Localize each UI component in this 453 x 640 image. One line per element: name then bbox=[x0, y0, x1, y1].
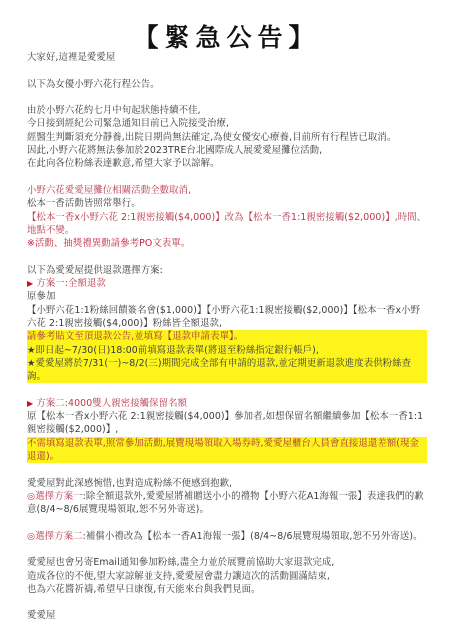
page-title: 【緊急公告】 bbox=[0, 18, 453, 54]
plan-one-highlight: 請參考貼文至頂退款公告,並填寫【退款申請表單】。 ★即日起~7/30(日)18:… bbox=[27, 330, 427, 383]
plan-two-heading: 方案二:4000雙人親密接觸保留名額 bbox=[36, 398, 187, 409]
closing-paragraph: 愛愛屋也會另寄Email通知參加粉絲,盡全力並於展覽前協助大家退款完成, 造成各… bbox=[27, 556, 427, 596]
plan-one-section: ▶ 方案一:全額退款 原參加 【小野六花1:1粉絲回饋簽名會($1,000)】【… bbox=[27, 277, 427, 383]
plans-intro: 以下為愛愛屋提供退款選擇方案: bbox=[27, 264, 427, 277]
intro: 以下為女優小野六花行程公告。 bbox=[27, 78, 427, 91]
option-one-label: ◎選擇方案一 bbox=[27, 491, 83, 502]
schedule-change-paragraph: 小野六花愛愛屋攤位相關活動全數取消, 松本一香活動皆照常舉行。 【松本一香x小野… bbox=[27, 184, 427, 250]
triangle-marker-icon: ▶ bbox=[27, 399, 33, 408]
plan-two-highlight: 不需填寫退款表單,照常參加活動,展覽現場領取入場券時,愛愛屋櫃台人員會直接退還差… bbox=[27, 437, 427, 464]
apology-section: 愛愛屋對此深感惋惜,也對造成粉絲不便感到抱歉, ◎選擇方案一:除全額退款外,愛愛… bbox=[27, 477, 427, 543]
triangle-marker-icon: ▶ bbox=[27, 279, 33, 288]
greeting: 大家好,這裡是愛愛屋 bbox=[27, 51, 427, 64]
announcement-body: 大家好,這裡是愛愛屋 以下為女優小野六花行程公告。 由於小野六花約七月中旬起狀態… bbox=[27, 51, 427, 623]
plan-two-section: ▶ 方案二:4000雙人親密接觸保留名額 原【松本一香x小野六花 2:1親密接觸… bbox=[27, 397, 427, 463]
signature: 愛愛屋 bbox=[27, 609, 427, 622]
plan-one-heading: 方案一:全額退款 bbox=[36, 278, 106, 289]
status-paragraph: 由於小野六花約七月中旬起狀態持續不佳, 今日接到經紀公司緊急通知目前已入院接受治… bbox=[27, 104, 427, 170]
announcement-page: 【緊急公告】 大家好,這裡是愛愛屋 以下為女優小野六花行程公告。 由於小野六花約… bbox=[0, 0, 453, 640]
option-two-label: ◎選擇方案二 bbox=[27, 531, 83, 542]
